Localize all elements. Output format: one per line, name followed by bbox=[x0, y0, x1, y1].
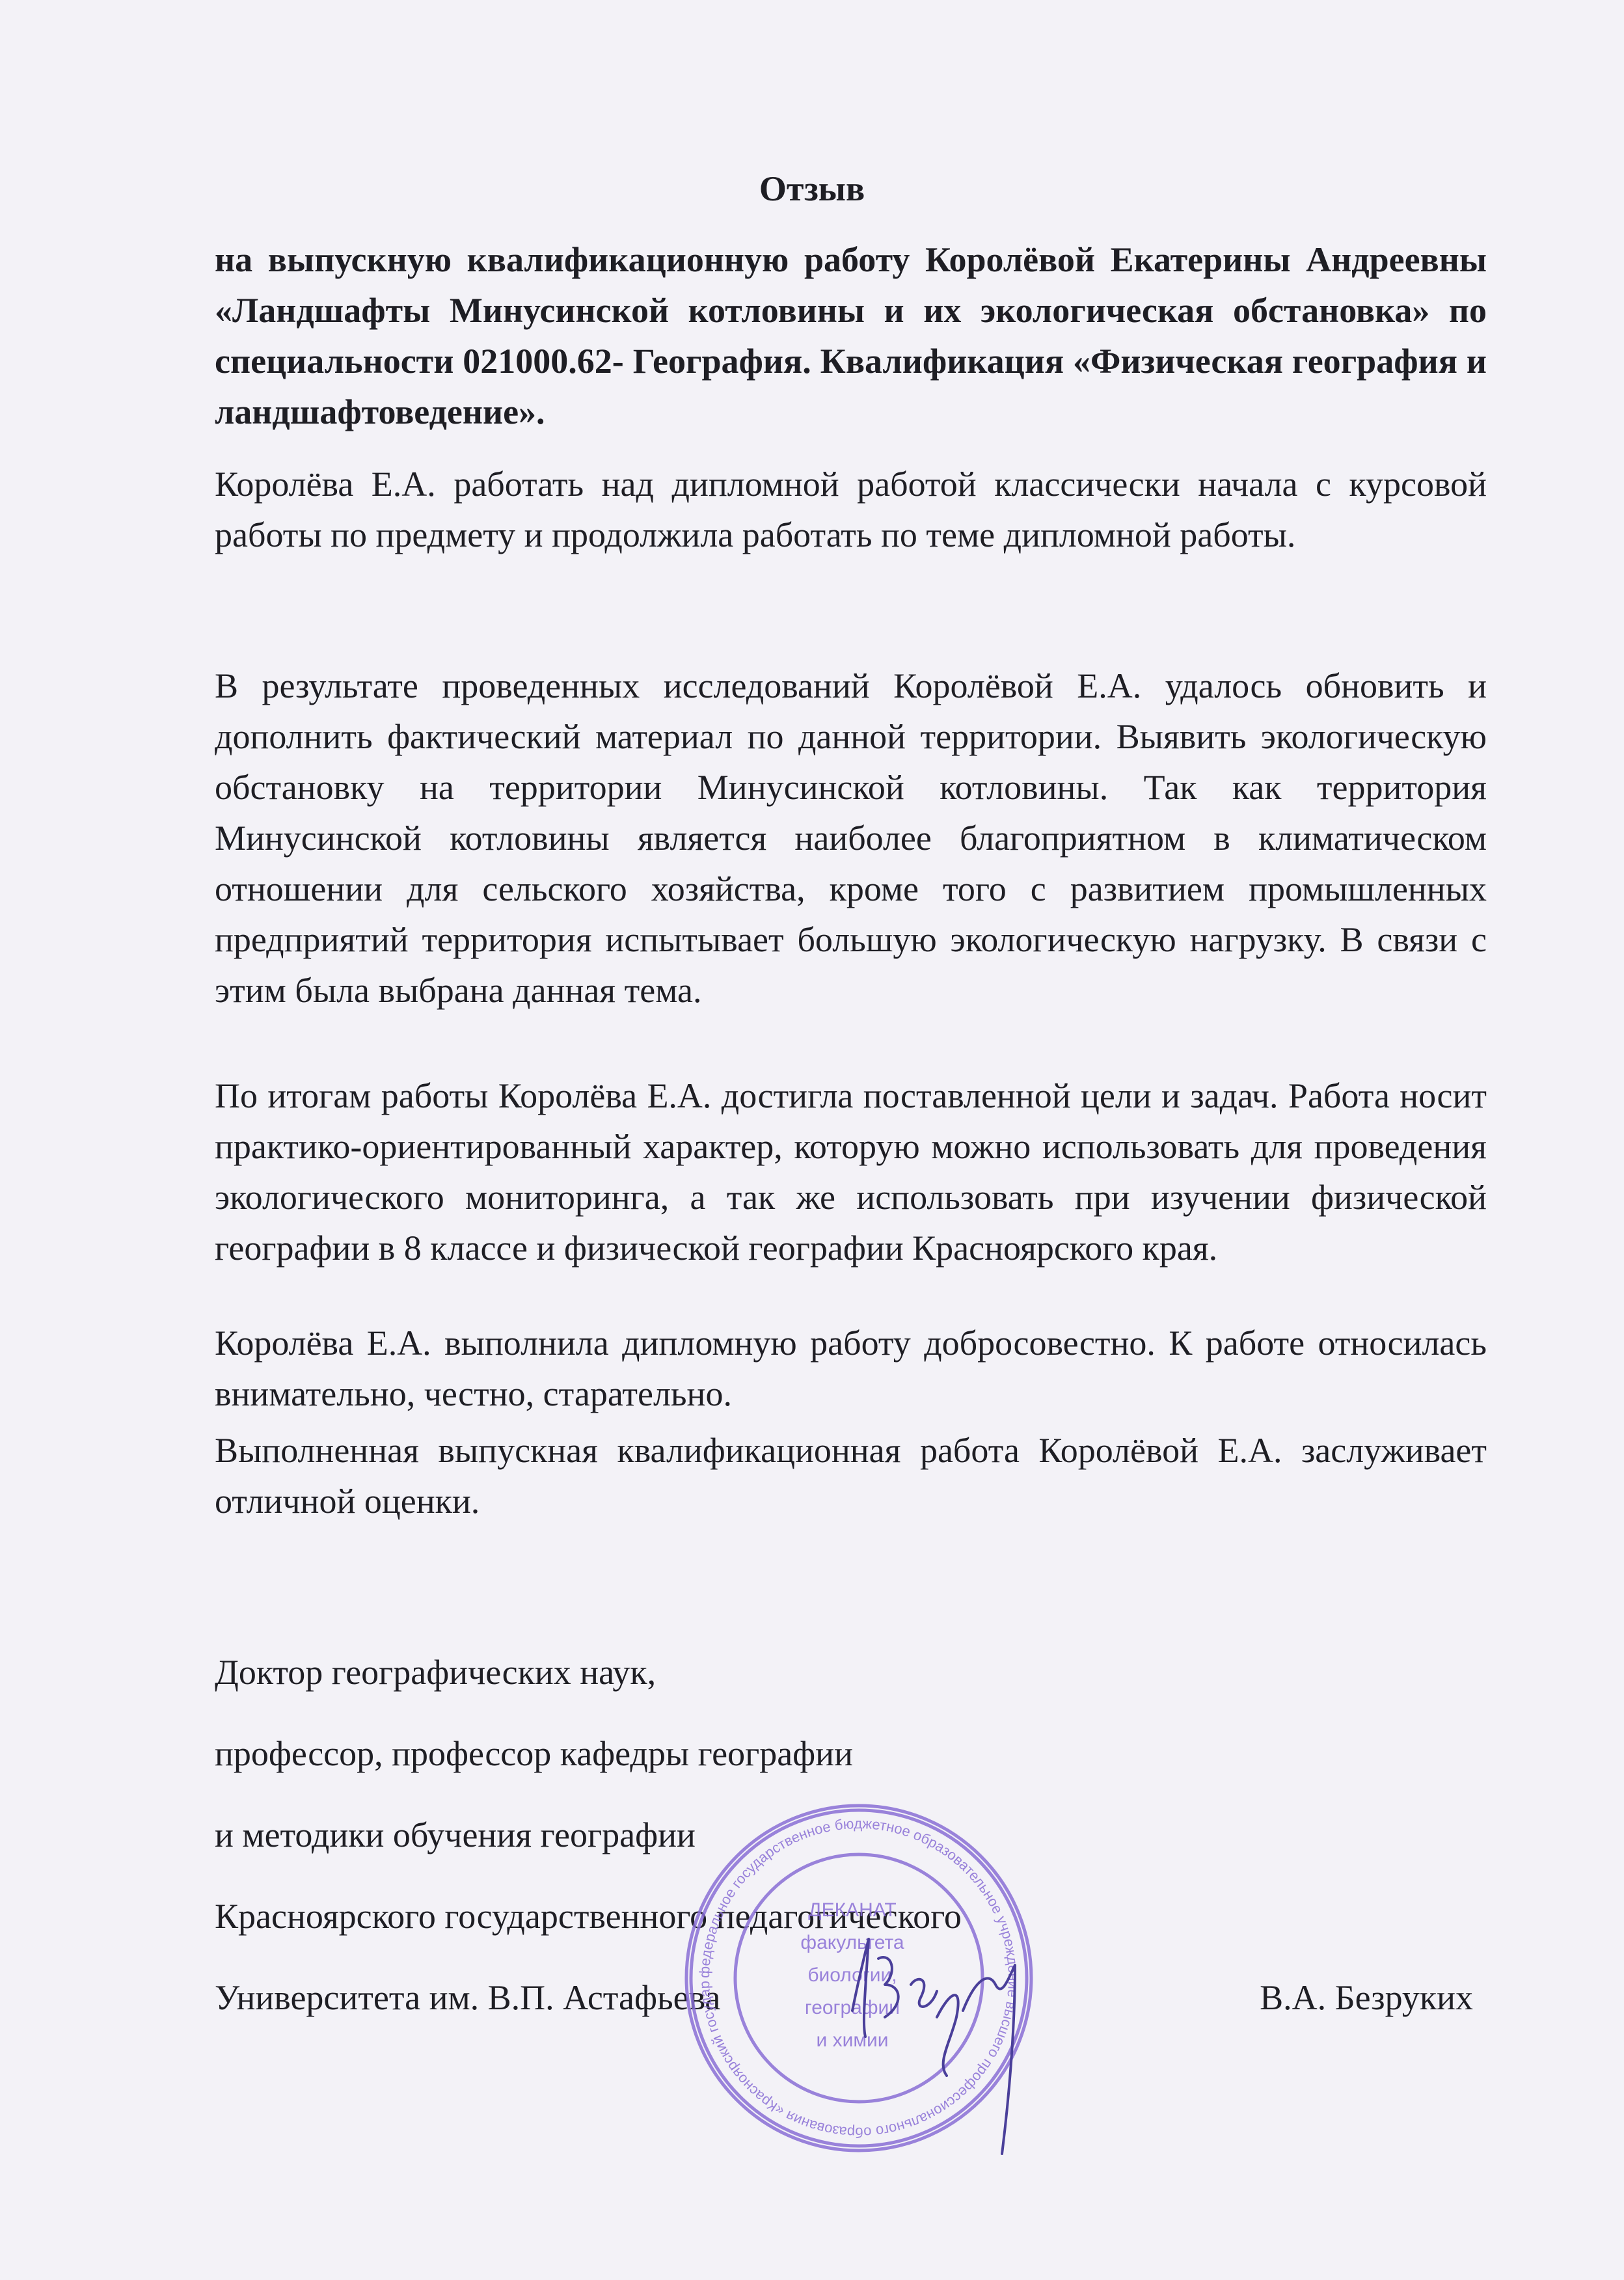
paragraph-1: Королёва Е.А. работать над дипломной раб… bbox=[215, 459, 1487, 560]
document-page: Отзыв на выпускную квалификационную рабо… bbox=[0, 0, 1624, 2280]
signer-department: и методики обучения географии bbox=[215, 1812, 696, 1858]
paragraph-3: По итогам работы Королёва Е.А. достигла … bbox=[215, 1070, 1487, 1273]
paragraph-5: Выполненная выпускная квалификационная р… bbox=[215, 1425, 1487, 1527]
signer-university-name: Университета им. В.П. Астафьева bbox=[215, 1975, 720, 2020]
signer-name: В.А. Безруких bbox=[1260, 1975, 1473, 2020]
handwritten-signature-icon bbox=[839, 1913, 1074, 2160]
signer-position: профессор, профессор кафедры географии bbox=[215, 1731, 853, 1776]
document-heading: на выпускную квалификационную работу Кор… bbox=[215, 234, 1487, 437]
document-title: Отзыв bbox=[0, 166, 1624, 211]
paragraph-2: В результате проведенных исследований Ко… bbox=[215, 660, 1487, 1016]
paragraph-4: Королёва Е.А. выполнила дипломную работу… bbox=[215, 1318, 1487, 1419]
signer-degree: Доктор географических наук, bbox=[215, 1649, 656, 1695]
